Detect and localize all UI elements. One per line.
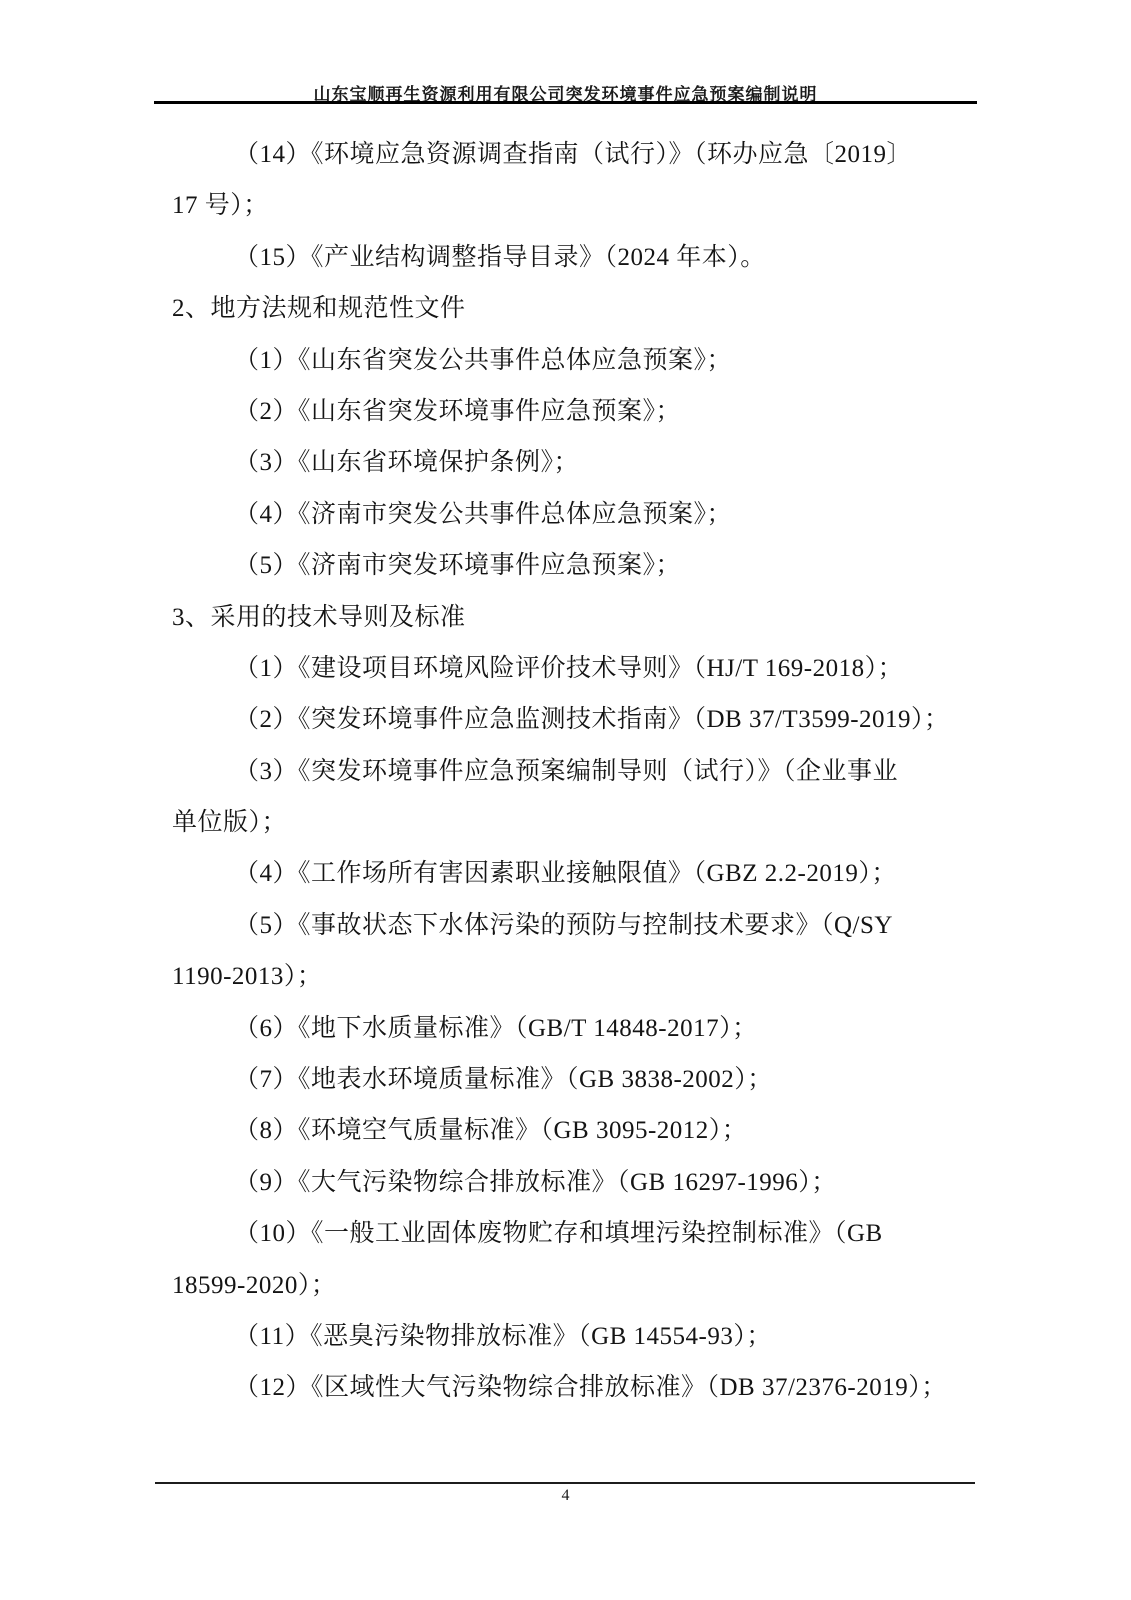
document-line: 18599-2020）； xyxy=(172,1260,972,1311)
document-line: （1）《山东省突发公共事件总体应急预案》； xyxy=(172,335,972,386)
document-line: （9）《大气污染物综合排放标准》（GB 16297-1996）； xyxy=(172,1157,972,1208)
document-line: 3、采用的技术导则及标准 xyxy=(172,592,972,643)
document-line: 2、地方法规和规范性文件 xyxy=(172,283,972,334)
document-line: （2）《突发环境事件应急监测技术指南》（DB 37/T3599-2019）； xyxy=(172,694,972,745)
document-line: （4）《济南市突发公共事件总体应急预案》； xyxy=(172,489,972,540)
document-line: （3）《突发环境事件应急预案编制导则（试行）》（企业事业 xyxy=(172,746,972,797)
document-line: 单位版）； xyxy=(172,797,972,848)
document-line: （5）《事故状态下水体污染的预防与控制技术要求》（Q/SY xyxy=(172,900,972,951)
document-line: 17 号）； xyxy=(172,180,972,231)
document-line: （10）《一般工业固体废物贮存和填埋污染控制标准》（GB xyxy=(172,1208,972,1259)
document-line: （14）《环境应急资源调查指南（试行）》（环办应急〔2019〕 xyxy=(172,129,972,180)
document-line: （1）《建设项目环境风险评价技术导则》（HJ/T 169-2018）； xyxy=(172,643,972,694)
document-line: （6）《地下水质量标准》（GB/T 14848-2017）； xyxy=(172,1003,972,1054)
document-body: （14）《环境应急资源调查指南（试行）》（环办应急〔2019〕17 号）；（15… xyxy=(172,129,972,1414)
footer-divider-rule xyxy=(155,1482,975,1484)
document-line: （2）《山东省突发环境事件应急预案》； xyxy=(172,386,972,437)
document-line: （15）《产业结构调整指导目录》（2024 年本）。 xyxy=(172,232,972,283)
document-page: 山东宝顺再生资源利用有限公司突发环境事件应急预案编制说明 （14）《环境应急资源… xyxy=(0,0,1131,1600)
document-line: （5）《济南市突发环境事件应急预案》； xyxy=(172,540,972,591)
document-line: （12）《区域性大气污染物综合排放标准》（DB 37/2376-2019）； xyxy=(172,1362,972,1413)
document-line: 1190-2013）； xyxy=(172,951,972,1002)
document-line: （7）《地表水环境质量标准》（GB 3838-2002）； xyxy=(172,1054,972,1105)
document-line: （3）《山东省环境保护条例》； xyxy=(172,437,972,488)
header-divider-rule xyxy=(154,101,977,104)
page-number: 4 xyxy=(0,1487,1131,1505)
document-line: （8）《环境空气质量标准》（GB 3095-2012）； xyxy=(172,1105,972,1156)
document-line: （11）《恶臭污染物排放标准》（GB 14554-93）； xyxy=(172,1311,972,1362)
document-line: （4）《工作场所有害因素职业接触限值》（GBZ 2.2-2019）； xyxy=(172,848,972,899)
